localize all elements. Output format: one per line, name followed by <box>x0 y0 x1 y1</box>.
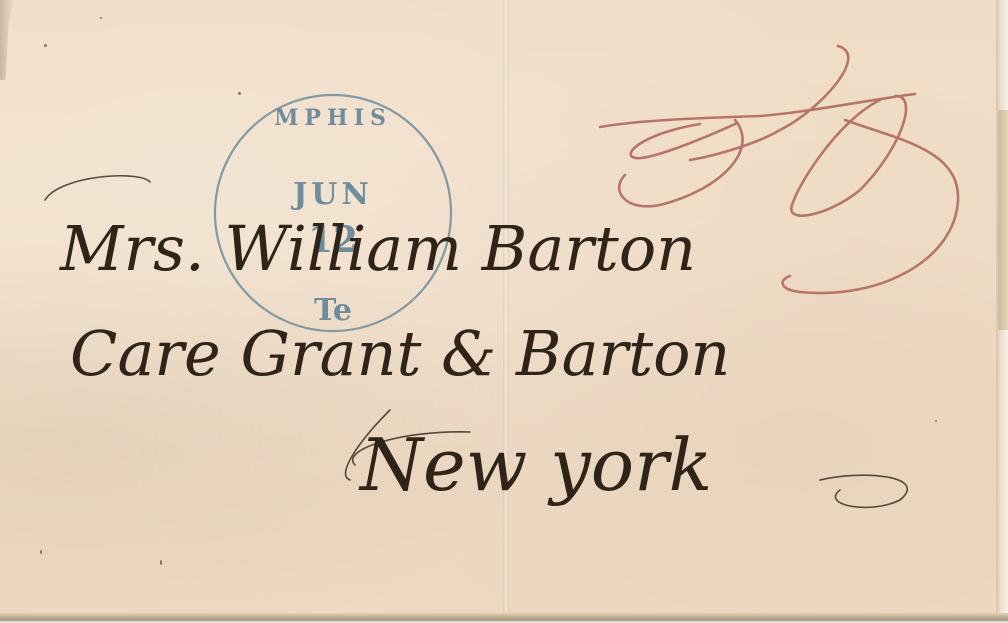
address-block: Mrs. William Barton Care Grant & Barton … <box>59 212 730 507</box>
folded-letter-cover: MPHIS JUN 12 Te Mrs. William Barton Care… <box>0 0 1008 623</box>
address-line-2: Care Grant & Barton <box>70 317 730 390</box>
address-line-1: Mrs. William Barton <box>59 212 696 285</box>
postmark-month: JUN <box>290 177 373 212</box>
postmark-city: MPHIS <box>274 105 392 131</box>
ink-layer: MPHIS JUN 12 Te Mrs. William Barton Care… <box>0 0 1008 623</box>
